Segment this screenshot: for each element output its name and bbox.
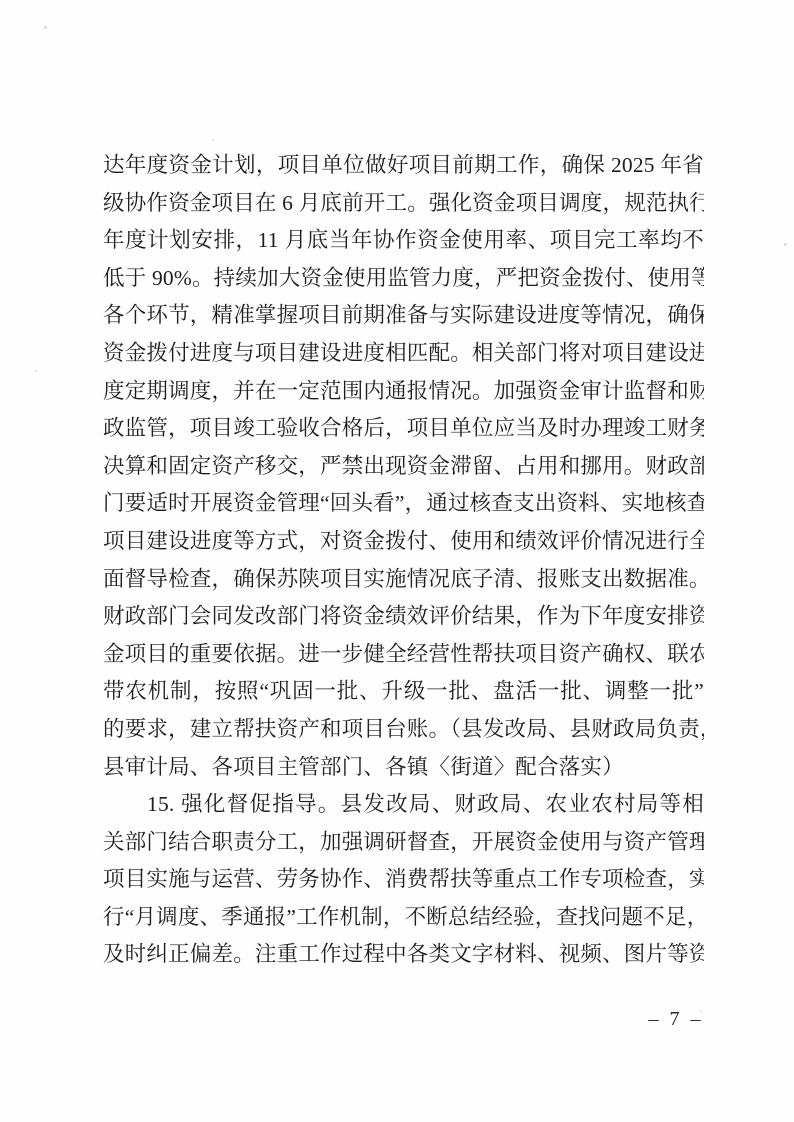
text-line: 度定期调度，并在一定范围内通报情况。加强资金审计监督和财 bbox=[103, 373, 704, 411]
text-line: 项目实施与运营、劳务协作、消费帮扶等重点工作专项检查，实 bbox=[103, 861, 704, 899]
scan-speck bbox=[44, 26, 47, 29]
text-line: 政监管，项目竣工验收合格后，项目单位应当及时办理竣工财务 bbox=[103, 410, 704, 448]
text-line: 项目建设进度等方式，对资金拨付、使用和绩效评价情况进行全 bbox=[103, 523, 704, 561]
scan-speck bbox=[784, 243, 787, 246]
text-line: 15. 强化督促指导。县发改局、财政局、农业农村局等相 bbox=[103, 786, 704, 824]
document-body: 达年度资金计划，项目单位做好项目前期工作，确保 2025 年省级协作资金项目在 … bbox=[103, 147, 704, 974]
text-line: 及时纠正偏差。注重工作过程中各类文字材料、视频、图片等资 bbox=[103, 936, 704, 974]
document-page: 达年度资金计划，项目单位做好项目前期工作，确保 2025 年省级协作资金项目在 … bbox=[0, 0, 794, 1122]
text-line: 各个环节，精准掌握项目前期准备与实际建设进度等情况，确保 bbox=[103, 297, 704, 335]
text-line: 关部门结合职责分工，加强调研督查，开展资金使用与资产管理、 bbox=[103, 824, 704, 862]
text-line: 低于 90%。持续加大资金使用监管力度，严把资金拨付、使用等 bbox=[103, 260, 704, 298]
text-line: 县审计局、各项目主管部门、各镇〈街道〉配合落实） bbox=[103, 749, 704, 787]
scan-speck bbox=[212, 139, 214, 141]
text-line: 财政部门会同发改部门将资金绩效评价结果，作为下年度安排资 bbox=[103, 598, 704, 636]
text-line: 资金拨付进度与项目建设进度相匹配。相关部门将对项目建设进 bbox=[103, 335, 704, 373]
text-line: 决算和固定资产移交，严禁出现资金滞留、占用和挪用。财政部 bbox=[103, 448, 704, 486]
text-line: 行“月调度、季通报”工作机制，不断总结经验，查找问题不足， bbox=[103, 899, 704, 937]
scan-speck bbox=[35, 370, 37, 372]
text-line: 级协作资金项目在 6 月底前开工。强化资金项目调度，规范执行 bbox=[103, 185, 704, 223]
text-line: 面督导检查，确保苏陕项目实施情况底子清、报账支出数据准。 bbox=[103, 561, 704, 599]
text-line: 的要求，建立帮扶资产和项目台账。（县发改局、县财政局负责， bbox=[103, 711, 704, 749]
text-line: 金项目的重要依据。进一步健全经营性帮扶项目资产确权、联农 bbox=[103, 636, 704, 674]
text-line: 带农机制，按照“巩固一批、升级一批、盘活一批、调整一批” bbox=[103, 673, 704, 711]
text-line: 年度计划安排，11 月底当年协作资金使用率、项目完工率均不 bbox=[103, 222, 704, 260]
text-line: 门要适时开展资金管理“回头看”，通过核查支出资料、实地核查 bbox=[103, 485, 704, 523]
text-line: 达年度资金计划，项目单位做好项目前期工作，确保 2025 年省 bbox=[103, 147, 704, 185]
page-number: – 7 – bbox=[641, 1008, 711, 1031]
